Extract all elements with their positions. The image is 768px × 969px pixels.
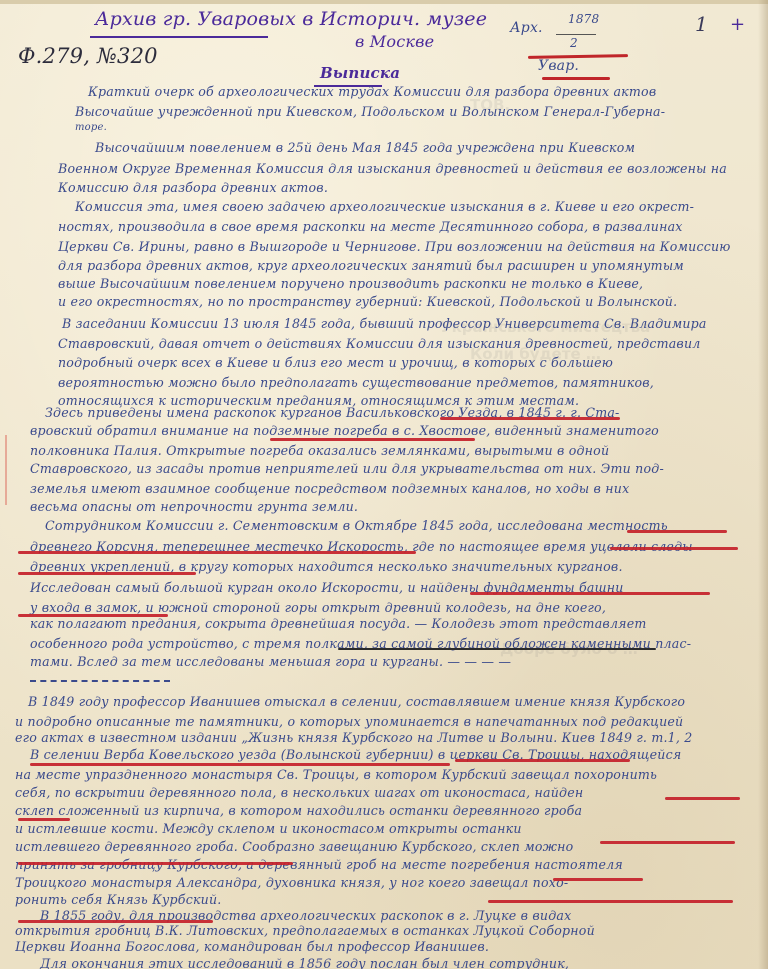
- text-line: и его окрестностях, но по пространству г…: [58, 291, 677, 313]
- red-underline: [627, 530, 727, 533]
- red-underline: [455, 759, 630, 762]
- red-underline: [470, 592, 710, 595]
- text-line: Высочайше учрежденной при Киевском, Подо…: [75, 101, 665, 123]
- archive-code-prefix: Арх.: [510, 20, 543, 36]
- text-line: В заседании Комиссии 13 июля 1845 года, …: [62, 313, 707, 335]
- red-underline: [665, 797, 740, 800]
- folio-mark: +: [730, 14, 745, 35]
- archive-code-fraction-bar: [556, 34, 596, 35]
- archive-title-underline: [90, 36, 268, 38]
- red-underline: [610, 547, 738, 550]
- red-underline: [488, 900, 733, 903]
- folio-number: 1: [695, 12, 708, 36]
- section-separator: [30, 680, 170, 684]
- dark-underline: [338, 648, 656, 650]
- text-line: древнего Корсуня, теперешнее местечко Ис…: [30, 536, 693, 558]
- paper-right-edge: [758, 0, 768, 969]
- red-underline: [18, 551, 416, 554]
- text-line: Высочайшим повелением в 25й день Мая 184…: [95, 137, 635, 159]
- paper-top-edge: [0, 0, 768, 4]
- archive-code-label: Увар.: [538, 58, 579, 74]
- text-line: Комиссия эта, имея своею задачею археоло…: [75, 196, 694, 218]
- left-margin-red-mark: [5, 435, 7, 505]
- archive-code-numerator: 1878: [568, 12, 599, 26]
- text-line: Для окончания этих исследований в 1856 г…: [40, 953, 569, 969]
- red-underline: [18, 572, 196, 575]
- text-line: подробный очерк всех в Киеве и близ его …: [58, 352, 613, 374]
- fond-reference: Ф.279, №320: [18, 44, 158, 68]
- text-line: как полагают предания, сокрыта древнейша…: [30, 613, 647, 635]
- archive-code-red-underline: [542, 77, 610, 80]
- text-line: тами. Вслед за тем исследованы меньшая г…: [30, 651, 511, 673]
- text-line: Краткий очерк об археологических трудах …: [88, 81, 656, 103]
- archive-code-denominator: 2: [570, 36, 578, 50]
- text-line: торе.: [75, 117, 107, 139]
- archive-title: Архив гр. Уваровых в Историч. музее: [95, 8, 487, 30]
- text-line: ностях, производила в свое время раскопк…: [58, 216, 683, 238]
- red-underline: [553, 878, 643, 881]
- text-line: В 1849 году профессор Иванишев отыскал в…: [28, 691, 685, 713]
- red-underline: [18, 920, 213, 923]
- document-page: ТОВ. Українського мистецтва Коли будете …: [0, 0, 768, 969]
- red-underline: [600, 841, 735, 844]
- text-line: Сотрудником Комиссии г. Сементовским в О…: [45, 515, 668, 537]
- text-line: Исследован самый большой курган около Ис…: [30, 577, 624, 599]
- text-line: Ставровского, из засады против неприятел…: [30, 458, 664, 480]
- red-underline: [18, 862, 293, 865]
- document-heading: Выписка: [320, 64, 400, 82]
- archive-city: в Москве: [355, 32, 434, 51]
